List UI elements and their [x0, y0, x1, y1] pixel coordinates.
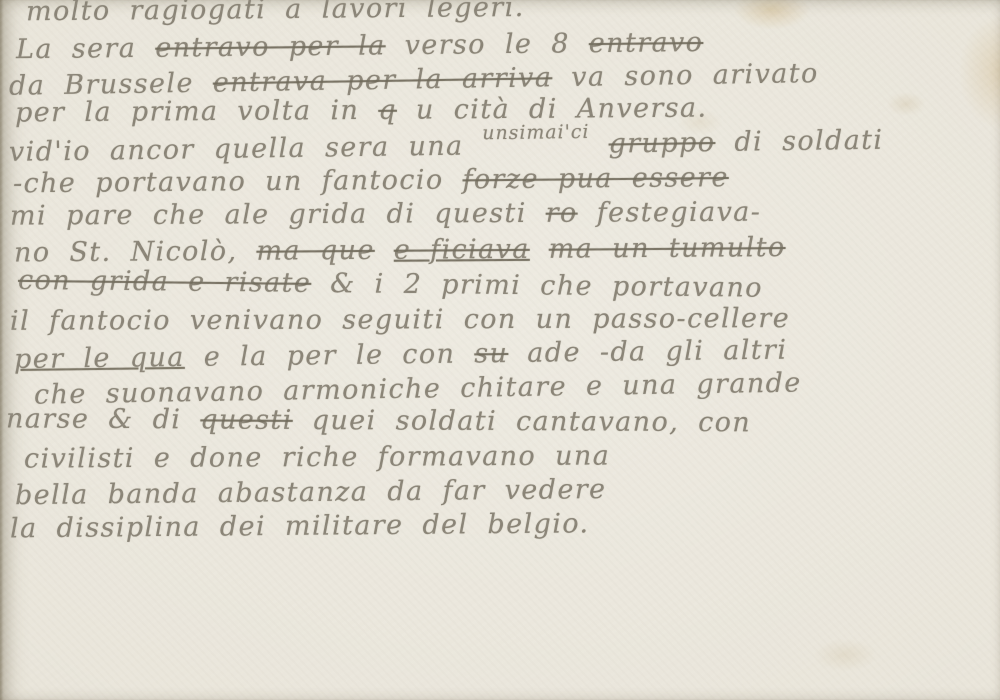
- manuscript-line-13: narse & di questi quei soldati cantavano…: [6, 402, 1000, 441]
- struck-text: ma un tumulto: [549, 232, 786, 265]
- text-segment: di soldati: [734, 125, 884, 158]
- struck-text: forze pua essere: [462, 162, 729, 195]
- struck-text: questi: [200, 404, 293, 435]
- text-segment: narse & di: [6, 403, 182, 435]
- inserted-text-above-line: unsimai'ci: [482, 121, 589, 144]
- manuscript-line-8: no St. Nicolò, ma que e ficiava ma un tu…: [14, 230, 1000, 271]
- text-segment: quei soldati cantavano, con: [312, 405, 752, 438]
- manuscript-page: molto ragiogati a lavori legeri.La sera …: [0, 0, 1000, 700]
- underlined-text: per le qua: [14, 342, 185, 375]
- text-segment: va sono arivato: [571, 58, 819, 93]
- text-segment: civilisti e done riche formavano una: [24, 440, 610, 474]
- struck-text: ma que: [256, 235, 375, 267]
- text-segment: e la per le con: [204, 339, 456, 373]
- struck-text: su: [474, 338, 508, 369]
- text-segment: verso le 8: [404, 28, 570, 61]
- struck-text: entravo: [589, 27, 704, 59]
- struck-text: ro: [546, 198, 578, 229]
- text-segment: la dissiplina dei militare del belgio.: [10, 508, 590, 544]
- text-segment: il fantocio venivano seguiti con un pass…: [10, 303, 790, 337]
- text-segment: bella banda abastanza da far vedere: [15, 474, 607, 511]
- text-segment: per la prima volta in: [15, 95, 359, 128]
- text-segment: La sera: [16, 33, 137, 65]
- struck-text: entravo per la: [155, 30, 386, 63]
- text-segment: & i 2 primi che portavano: [330, 268, 763, 304]
- text-segment: molto ragiogati a lavori legeri.: [26, 0, 525, 27]
- text-segment: vid'io ancor quella sera una: [9, 131, 464, 168]
- struck-text: q: [378, 95, 397, 126]
- text-segment: ade -da gli altri: [527, 335, 787, 369]
- struck-text: con grida e risate: [18, 265, 312, 299]
- struck-underlined-text: e ficiava: [394, 234, 530, 266]
- text-segment: festegiava-: [597, 197, 762, 229]
- manuscript-line-16: la dissiplina dei militare del belgio.: [10, 504, 1000, 547]
- manuscript-line-7: mi pare che ale grida di questi ro feste…: [10, 194, 1000, 233]
- text-segment: mi pare che ale grida di questi: [10, 198, 527, 232]
- struck-text: gruppo: [608, 127, 715, 159]
- text-segment: -che portavano un fantocio: [13, 165, 444, 200]
- handwritten-text-block: molto ragiogati a lavori legeri.La sera …: [0, 0, 1000, 542]
